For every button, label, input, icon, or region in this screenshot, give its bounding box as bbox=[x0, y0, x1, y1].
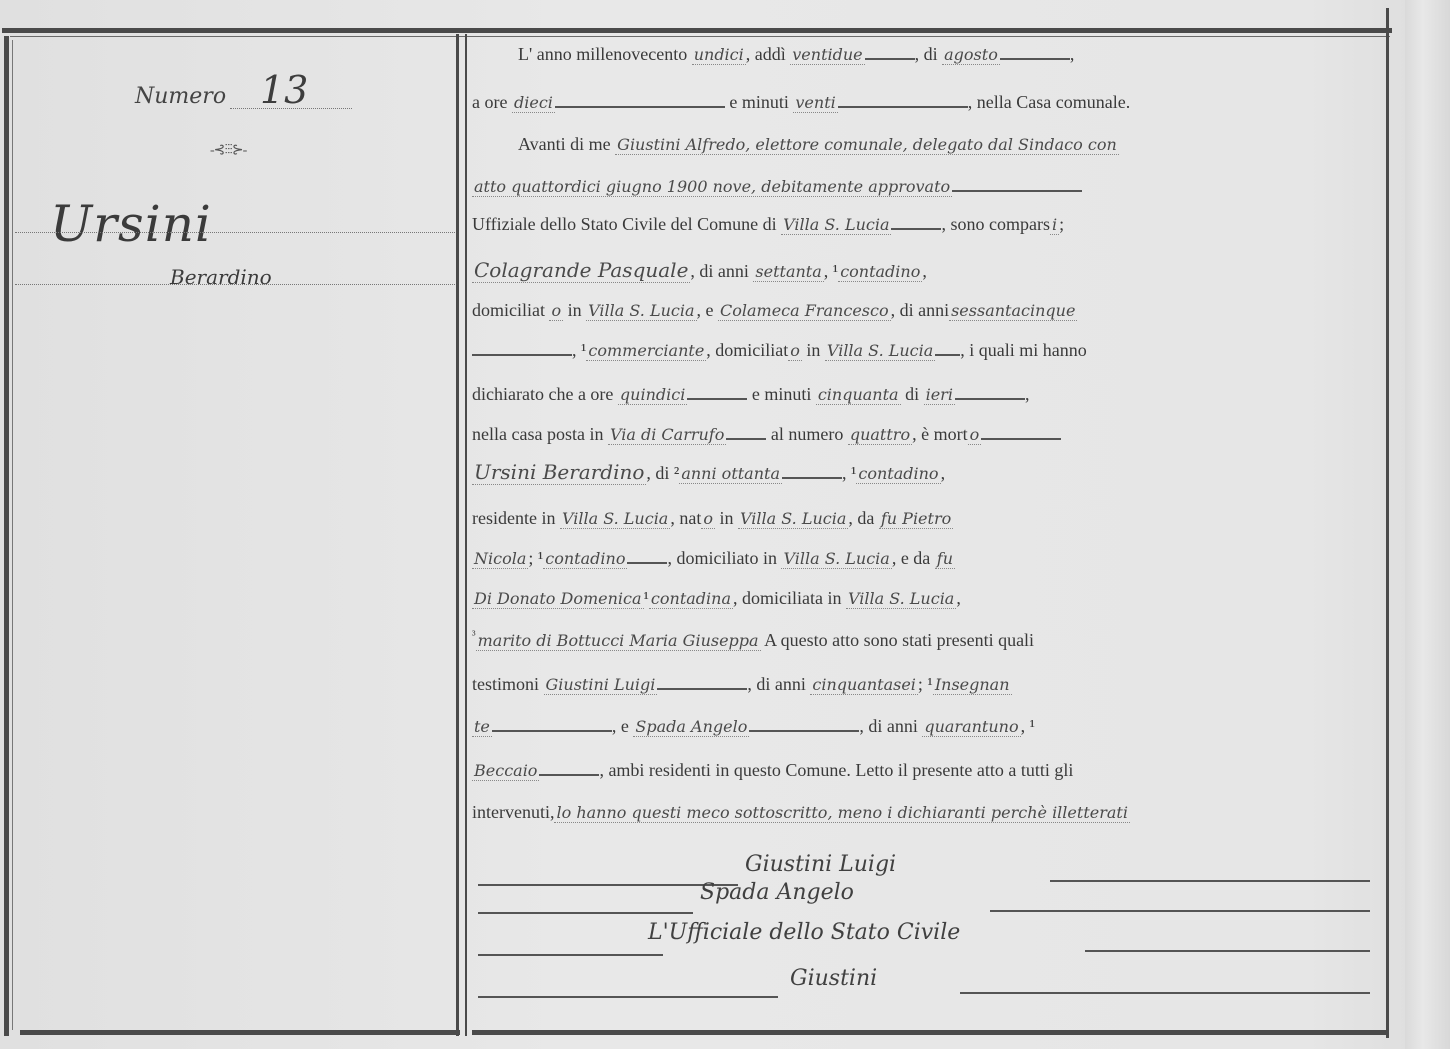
gender-suffix-field: o bbox=[549, 301, 563, 321]
signature-officer: Giustini bbox=[790, 966, 877, 991]
column-divider-left bbox=[456, 34, 459, 1036]
text-line-8: , ¹commerciante, domiciliato in Villa S.… bbox=[472, 340, 1368, 370]
printed-text: in bbox=[806, 340, 820, 360]
printed-text: , da bbox=[848, 508, 874, 528]
deceased-occupation: contadino bbox=[856, 464, 940, 484]
year-field: undici bbox=[692, 45, 746, 65]
mother-domicile: Villa S. Lucia bbox=[846, 589, 956, 609]
deceased-name: Ursini Berardino bbox=[472, 460, 646, 485]
blank-line bbox=[865, 58, 915, 60]
witness-1-name: Giustini Luigi bbox=[544, 675, 658, 695]
printed-text: di bbox=[905, 384, 919, 404]
printed-text: al numero bbox=[771, 424, 843, 444]
printed-text: domiciliat bbox=[472, 300, 545, 320]
register-page: Numero 13 -⊰⫶⫶⫶⊱- Ursini Berardino L' an… bbox=[0, 0, 1450, 1049]
text-line-17: te, e Spada Angelo, di anni quarantuno, … bbox=[472, 716, 1368, 746]
printed-text: , ¹ bbox=[824, 261, 838, 281]
printed-text: , bbox=[922, 261, 927, 281]
signature-witness-1: Giustini Luigi bbox=[745, 852, 896, 877]
father-occupation: contadino bbox=[543, 549, 627, 569]
bottom-rule-left bbox=[20, 1030, 460, 1035]
printed-text: nella casa posta in bbox=[472, 424, 603, 444]
printed-text: testimoni bbox=[472, 674, 539, 694]
house-number-field: quattro bbox=[848, 425, 912, 445]
father-name: fu Pietro bbox=[879, 509, 953, 529]
printed-text: , nat bbox=[670, 508, 701, 528]
blank-line bbox=[935, 354, 960, 356]
text-line-13: Nicola; ¹contadino, domiciliato in Villa… bbox=[472, 548, 1368, 578]
column-divider-right bbox=[465, 34, 467, 1036]
witness-2-name: Spada Angelo bbox=[633, 717, 749, 737]
mother-prefix: fu bbox=[935, 549, 955, 569]
text-line-14: Di Donato Domenica¹contadina, domiciliat… bbox=[472, 588, 1368, 618]
father-domicile: Villa S. Lucia bbox=[781, 549, 891, 569]
printed-text: , di anni bbox=[891, 300, 950, 320]
printed-text: , è mort bbox=[912, 424, 968, 444]
printed-text: e minuti bbox=[729, 92, 789, 112]
text-line-9: dichiarato che a ore quindici e minuti c… bbox=[472, 384, 1368, 414]
signature-rule bbox=[478, 884, 738, 886]
printed-text: , i quali mi hanno bbox=[960, 340, 1086, 360]
text-line-5: Uffiziale dello Stato Civile del Comune … bbox=[472, 214, 1368, 244]
mother-occupation: contadina bbox=[649, 589, 733, 609]
printed-text: A questo atto sono stati presenti quali bbox=[764, 630, 1034, 650]
printed-text: ; ¹ bbox=[918, 674, 933, 694]
printed-text: , di bbox=[915, 44, 938, 64]
comune-field: Villa S. Lucia bbox=[781, 215, 891, 235]
blank-line bbox=[555, 106, 725, 108]
hour-field: dieci bbox=[512, 93, 555, 113]
closing-statement: lo hanno questi meco sottoscritto, meno … bbox=[554, 803, 1129, 823]
declarant-1-occupation: contadino bbox=[838, 262, 922, 282]
deceased-surname: Ursini bbox=[50, 195, 212, 253]
blank-line bbox=[687, 398, 747, 400]
declarant-1-domicile: Villa S. Lucia bbox=[586, 301, 696, 321]
top-border-rule bbox=[2, 28, 1392, 33]
printed-text: e minuti bbox=[752, 384, 812, 404]
blank-line bbox=[627, 562, 667, 564]
blank-line bbox=[492, 730, 612, 732]
surname-dotted-line bbox=[15, 232, 455, 233]
blank-line bbox=[1000, 58, 1070, 60]
blank-line bbox=[539, 774, 599, 776]
officer-field: Giustini Alfredo, elettore comunale, del… bbox=[615, 135, 1119, 155]
printed-text: , ambi residenti in questo Comune. Letto… bbox=[599, 760, 1073, 780]
signature-rule bbox=[990, 910, 1370, 912]
witness-2-occupation: Beccaio bbox=[472, 761, 539, 781]
witness-1-occupation-cont: te bbox=[472, 717, 492, 737]
signature-rule bbox=[1085, 950, 1370, 952]
declarant-2-age: sessantacinque bbox=[949, 301, 1077, 321]
printed-text: , domiciliat bbox=[706, 340, 788, 360]
printed-text: residente in bbox=[472, 508, 555, 528]
witness-1-age: cinquantasei bbox=[810, 675, 918, 695]
printed-text: , ¹ bbox=[572, 340, 586, 360]
text-line-10: nella casa posta in Via di Carrufo al nu… bbox=[472, 424, 1368, 454]
numero-label: Numero bbox=[135, 84, 226, 109]
father-name-cont: Nicola bbox=[472, 549, 528, 569]
declarant-1-name: Colagrande Pasquale bbox=[472, 258, 690, 283]
printed-text: ; ¹ bbox=[528, 548, 543, 568]
top-border-thin-rule bbox=[10, 36, 1390, 37]
printed-text: , di anni bbox=[859, 716, 918, 736]
text-line-15: ³marito di Bottucci Maria Giuseppa A que… bbox=[472, 628, 1368, 658]
signature-officer-title: L'Ufficiale dello Stato Civile bbox=[648, 920, 960, 945]
printed-text: , di ² bbox=[646, 463, 679, 483]
signature-rule bbox=[478, 996, 778, 998]
blank-line bbox=[838, 106, 968, 108]
printed-text: L' anno millenovecento bbox=[518, 44, 687, 64]
printed-text: Uffiziale dello Stato Civile del Comune … bbox=[472, 214, 777, 234]
printed-text: in bbox=[719, 508, 733, 528]
text-line-2: a ore dieci e minuti venti, nella Casa c… bbox=[472, 92, 1368, 122]
blank-line bbox=[657, 688, 747, 690]
declarant-1-age: settanta bbox=[753, 262, 823, 282]
printed-text: in bbox=[568, 300, 582, 320]
blank-line bbox=[726, 438, 766, 440]
printed-text: , sono compars bbox=[941, 214, 1049, 234]
signature-witness-2: Spada Angelo bbox=[700, 880, 854, 905]
printed-text: , bbox=[1070, 44, 1075, 64]
signature-rule bbox=[960, 992, 1370, 994]
index-column: Numero 13 -⊰⫶⫶⫶⊱- Ursini Berardino bbox=[10, 40, 450, 1030]
month-field: agosto bbox=[942, 45, 1000, 65]
gender-suffix-field: o bbox=[968, 425, 982, 445]
printed-text: , bbox=[956, 588, 961, 608]
death-minutes-field: cinquanta bbox=[816, 385, 901, 405]
signature-rule bbox=[478, 912, 693, 914]
text-line-4: atto quattordici giugno 1900 nove, debit… bbox=[472, 176, 1368, 206]
printed-text: , e da bbox=[892, 548, 930, 568]
mother-name: Di Donato Domenica bbox=[472, 589, 644, 609]
deceased-age: anni ottanta bbox=[679, 464, 782, 484]
death-hour-field: quindici bbox=[618, 385, 687, 405]
printed-text: ; bbox=[1059, 214, 1064, 234]
spouse-field: marito di Bottucci Maria Giuseppa bbox=[476, 631, 761, 651]
minutes-field: venti bbox=[793, 93, 837, 113]
death-day-field: ieri bbox=[924, 385, 955, 405]
day-field: ventidue bbox=[790, 45, 864, 65]
printed-text: , addì bbox=[746, 44, 786, 64]
printed-text: , domiciliata in bbox=[733, 588, 841, 608]
blank-line bbox=[782, 477, 842, 479]
officer-delegation-field: atto quattordici giugno 1900 nove, debit… bbox=[472, 177, 952, 197]
text-line-6: Colagrande Pasquale, di anni settanta, ¹… bbox=[472, 258, 1368, 288]
ornament-divider-icon: -⊰⫶⫶⫶⊱- bbox=[210, 142, 246, 159]
declarant-2-name: Colameca Francesco bbox=[718, 301, 891, 321]
printed-text: , e bbox=[697, 300, 714, 320]
deceased-birthplace: Villa S. Lucia bbox=[738, 509, 848, 529]
blank-line bbox=[952, 190, 1082, 192]
bottom-rule-right bbox=[472, 1030, 1387, 1035]
deceased-first-name: Berardino bbox=[170, 265, 272, 289]
printed-text: Avanti di me bbox=[518, 134, 611, 154]
blank-line bbox=[981, 438, 1061, 440]
signature-rule bbox=[1050, 880, 1370, 882]
plural-suffix-field: i bbox=[1050, 215, 1059, 235]
text-line-7: domiciliat o in Villa S. Lucia, e Colame… bbox=[472, 300, 1368, 330]
printed-text: , di anni bbox=[690, 261, 749, 281]
deceased-residence: Villa S. Lucia bbox=[560, 509, 670, 529]
signature-rule bbox=[478, 954, 663, 956]
printed-text: a ore bbox=[472, 92, 507, 112]
printed-text: dichiarato che a ore bbox=[472, 384, 613, 404]
printed-text: , bbox=[1025, 384, 1030, 404]
printed-text: , e bbox=[612, 716, 629, 736]
firstname-dotted-line bbox=[15, 284, 455, 285]
printed-text: intervenuti, bbox=[472, 802, 554, 822]
left-border-rule bbox=[4, 36, 9, 1036]
printed-text: , nella Casa comunale. bbox=[968, 92, 1130, 112]
text-line-16: testimoni Giustini Luigi, di anni cinqua… bbox=[472, 674, 1368, 704]
blank-line bbox=[955, 398, 1025, 400]
printed-text: , bbox=[941, 463, 946, 483]
record-number: 13 bbox=[260, 68, 308, 112]
blank-line bbox=[472, 354, 572, 356]
printed-text: , domiciliato in bbox=[667, 548, 777, 568]
blank-line bbox=[891, 228, 941, 230]
witness-1-occupation: Insegnan bbox=[933, 675, 1012, 695]
text-line-19: intervenuti,lo hanno questi meco sottosc… bbox=[472, 802, 1368, 832]
numero-dotted-line bbox=[230, 108, 352, 109]
text-line-1: L' anno millenovecento undici, addì vent… bbox=[472, 44, 1414, 74]
text-line-12: residente in Villa S. Lucia, nato in Vil… bbox=[472, 508, 1368, 538]
printed-text: , di anni bbox=[747, 674, 806, 694]
death-street-field: Via di Carrufo bbox=[608, 425, 726, 445]
witness-2-age: quarantuno bbox=[922, 717, 1020, 737]
printed-text: , ¹ bbox=[1021, 716, 1035, 736]
gender-suffix-field: o bbox=[701, 509, 715, 529]
declarant-2-occupation: commerciante bbox=[586, 341, 706, 361]
declarant-2-domicile: Villa S. Lucia bbox=[825, 341, 935, 361]
text-line-18: Beccaio, ambi residenti in questo Comune… bbox=[472, 760, 1368, 790]
text-line-3: Avanti di me Giustini Alfredo, elettore … bbox=[472, 134, 1414, 164]
printed-text: , ¹ bbox=[842, 463, 856, 483]
blank-line bbox=[749, 730, 859, 732]
gender-suffix-field: o bbox=[788, 341, 802, 361]
text-line-11: Ursini Berardino, di ²anni ottanta, ¹con… bbox=[472, 460, 1368, 490]
